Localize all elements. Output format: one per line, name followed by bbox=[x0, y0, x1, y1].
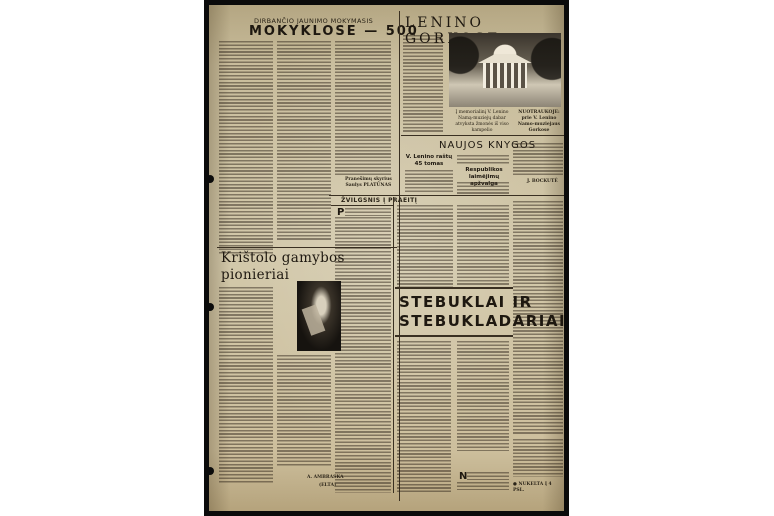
article-body-column bbox=[345, 208, 391, 216]
article-body-column bbox=[219, 287, 273, 483]
article-signature: Pranešimų skyrius Saulys PLATŪNAS bbox=[345, 177, 392, 189]
photo-credit: NUOTRAUKOJE: prie V. Lenino Namo-muzieja… bbox=[515, 110, 563, 134]
divider bbox=[395, 287, 513, 289]
newspaper-page: DIRBANČIO JAUNIMO MOKYMASIS MOKYKLOSE — … bbox=[209, 5, 564, 511]
article-body-column bbox=[277, 355, 331, 467]
article-body-column bbox=[457, 205, 509, 285]
article-agency: (ELTA) bbox=[319, 483, 336, 489]
article-signature: J. BOCKUTĖ bbox=[527, 179, 558, 185]
subheadline: V. Lenino raštų 45 tomas bbox=[405, 154, 453, 168]
article-body-column bbox=[457, 341, 509, 451]
column-rule bbox=[393, 197, 394, 493]
article-body-column bbox=[219, 41, 273, 255]
article-headline-stebuklai-line1: STEBUKLAI IR bbox=[399, 292, 533, 312]
continued-marker: ● NUKELTA Į 4 PSL. bbox=[513, 482, 564, 494]
article-body-column bbox=[457, 182, 509, 194]
article-headline-mokyklose: MOKYKLOSE — 500 bbox=[249, 24, 419, 39]
photo-caption: Į memorialinį V. Lenino Namą-muziejų dab… bbox=[453, 110, 511, 134]
article-body-column bbox=[457, 155, 509, 165]
article-headline-zvilgsnis: ŽVILGSNIS Į PRAEITĮ bbox=[341, 197, 417, 204]
divider bbox=[329, 195, 564, 196]
article-headline-stebuklai-line2: STEBUKLADARIAI bbox=[399, 311, 564, 331]
binding-hole bbox=[209, 175, 214, 183]
article-body-column bbox=[397, 205, 453, 287]
article-signature: A. AMBRASKA bbox=[307, 475, 344, 481]
article-body-column bbox=[397, 341, 451, 493]
article-body-column bbox=[513, 439, 563, 477]
article-headline-kristolo-line1: Krištolo gamybos bbox=[221, 250, 345, 267]
article-headline-kristolo-line2: pionieriai bbox=[221, 267, 289, 284]
article-body-column bbox=[405, 170, 453, 192]
binding-hole bbox=[209, 467, 214, 475]
article-body-column bbox=[335, 41, 391, 175]
divider bbox=[395, 335, 513, 337]
article-body-column bbox=[467, 472, 509, 480]
article-body-column bbox=[277, 41, 331, 241]
article-body-column bbox=[403, 35, 443, 133]
divider bbox=[401, 135, 564, 136]
photo-lenin-house bbox=[449, 33, 561, 107]
binding-hole bbox=[209, 303, 214, 311]
article-body-column bbox=[513, 143, 563, 175]
article-body-column bbox=[457, 482, 509, 490]
photo-pioneer bbox=[297, 281, 341, 351]
